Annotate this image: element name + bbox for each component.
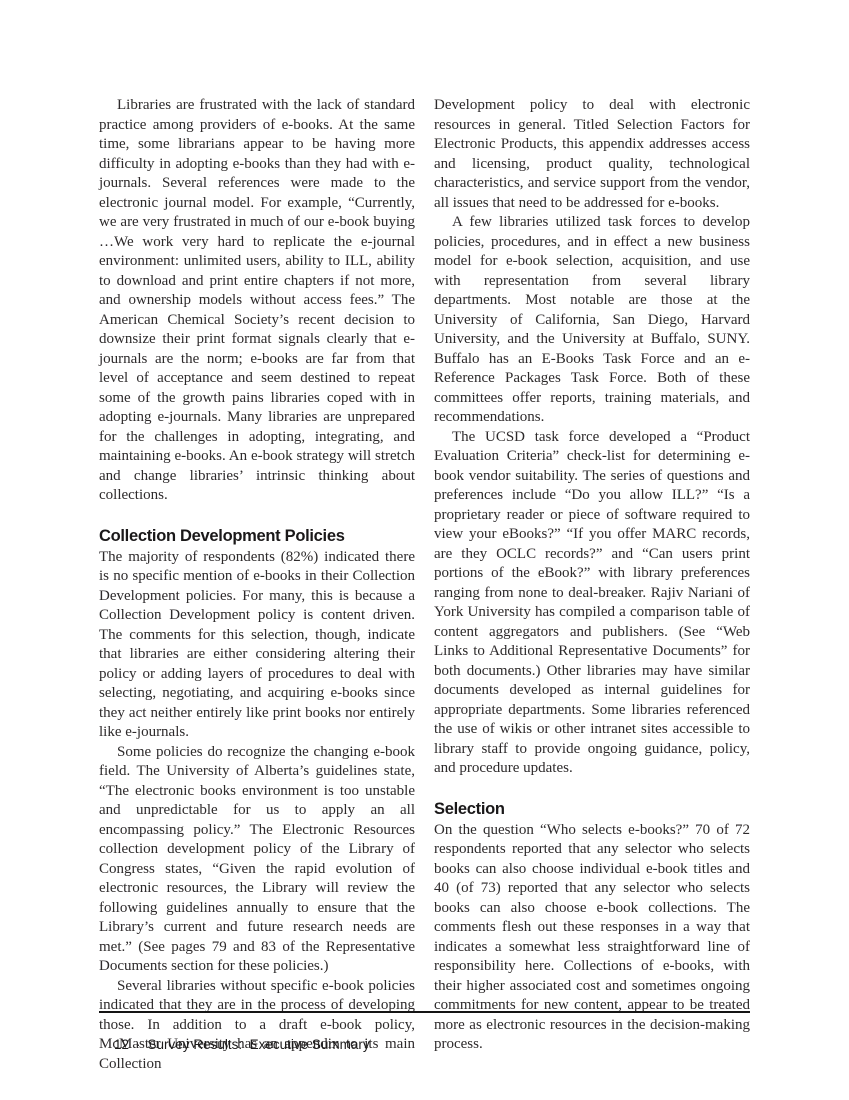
two-column-text-area: Libraries are frustrated with the lack o… bbox=[99, 96, 750, 1074]
section-heading-collection-development-policies: Collection Development Policies bbox=[99, 526, 415, 546]
section-heading-selection: Selection bbox=[434, 799, 750, 819]
body-paragraph: The UCSD task force developed a “Product… bbox=[434, 428, 750, 779]
page-number: 12 bbox=[114, 1037, 129, 1052]
body-paragraph: Some policies do recognize the changing … bbox=[99, 743, 415, 977]
page-footer: 12·Survey Results: Executive Summary bbox=[99, 1019, 750, 1070]
body-paragraph: A few libraries utilized task forces to … bbox=[434, 213, 750, 428]
footer-rule bbox=[99, 1011, 750, 1013]
dot-separator: · bbox=[136, 1036, 141, 1053]
document-page: Libraries are frustrated with the lack o… bbox=[0, 0, 849, 1100]
footer-section-title: Survey Results: Executive Summary bbox=[148, 1037, 370, 1052]
body-paragraph: Development policy to deal with electron… bbox=[434, 96, 750, 213]
body-paragraph: Libraries are frustrated with the lack o… bbox=[99, 96, 415, 506]
left-column: Libraries are frustrated with the lack o… bbox=[99, 96, 415, 1074]
right-column: Development policy to deal with electron… bbox=[434, 96, 750, 1074]
body-paragraph: The majority of respondents (82%) indica… bbox=[99, 548, 415, 743]
